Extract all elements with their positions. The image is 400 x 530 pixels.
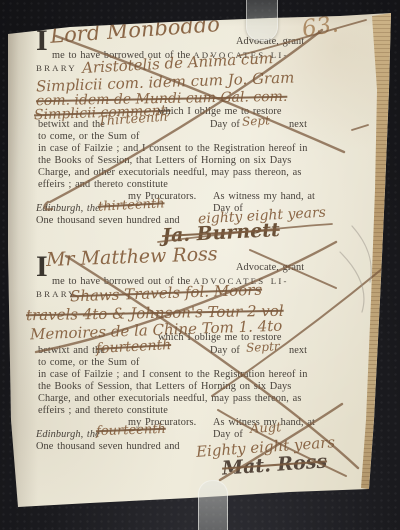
form1-printed-failzie: in case of Failzie ; and I consent to th… [38,143,307,154]
form2-printed-charge: Charge, and other executorials needful, … [38,393,301,404]
form2-printed-failzie: in case of Failzie ; and I consent to th… [38,369,307,380]
form2-signed-day: fourteenth [96,423,166,438]
form1-printed-day-of: Day of [210,119,240,130]
form1-printed-one-thousand: One thousand seven hundred and [36,215,180,226]
form1-printed-edinburgh: Edinburgh, the [36,203,100,214]
form1-printed-charge: Charge, and other executorials needful, … [38,167,301,178]
form1-printed-to-come: to come, or the Sum of [38,131,140,142]
form2-printed-betwixt: betwixt and the [38,345,105,356]
form2-return-month: Septr [246,340,280,354]
borrowing-form-1: I Lord Monboddo Advocate, grant me to ha… [0,0,400,250]
form2-printed-one-thousand: One thousand seven hundred and [36,441,180,452]
page-holder-strap-top [246,0,278,41]
form2-return-day: fourteenth [96,338,172,356]
form1-printed-witness: As witness my hand, at [213,191,315,202]
borrowing-form-2: I Mr Matthew Ross Advocate, grant me to … [0,226,400,476]
form1-return-month: Sept [242,114,270,127]
form2-signature: Mat. Ross [221,452,327,478]
form2-book-entry-struck: Shaws Travels fol. Moors [70,283,263,305]
form1-return-day: Thirteenth [98,111,169,129]
form2-borrower-name: Mr Matthew Ross [46,245,218,270]
form2-printed-next: next [289,345,307,356]
form2-printed-advocate-grant: Advocate, grant [236,262,304,273]
form2-printed-day-of: Day of [210,345,240,356]
form2-printed-books-session: the Books of Session, that Letters of Ho… [38,381,291,392]
form1-printed-betwixt: betwixt and the [38,119,105,130]
form2-printed-to-come: to come, or the Sum of [38,357,140,368]
form2-printed-day-of-2: Day of [213,429,243,440]
form1-printed-books-session: the Books of Session, that Letters of Ho… [38,155,291,166]
photograph-of-library-ledger: 63. I Lord Monboddo Advocate, grant me t… [0,0,400,530]
form1-printed-next: next [289,119,307,130]
form2-printed-edinburgh: Edinburgh, the [36,429,100,440]
form1-signed-day: thirteenth [98,197,165,213]
form1-printed-effeirs: effeirs ; and thereto constitute [38,179,168,190]
form2-printed-effeirs: effeirs ; and thereto constitute [38,405,168,416]
document-page: 63. I Lord Monboddo Advocate, grant me t… [0,0,400,530]
form2-signed-month: Augt [250,421,282,436]
page-holder-strap-bottom [198,480,228,530]
form1-printed-brary: BRARY [36,63,77,73]
